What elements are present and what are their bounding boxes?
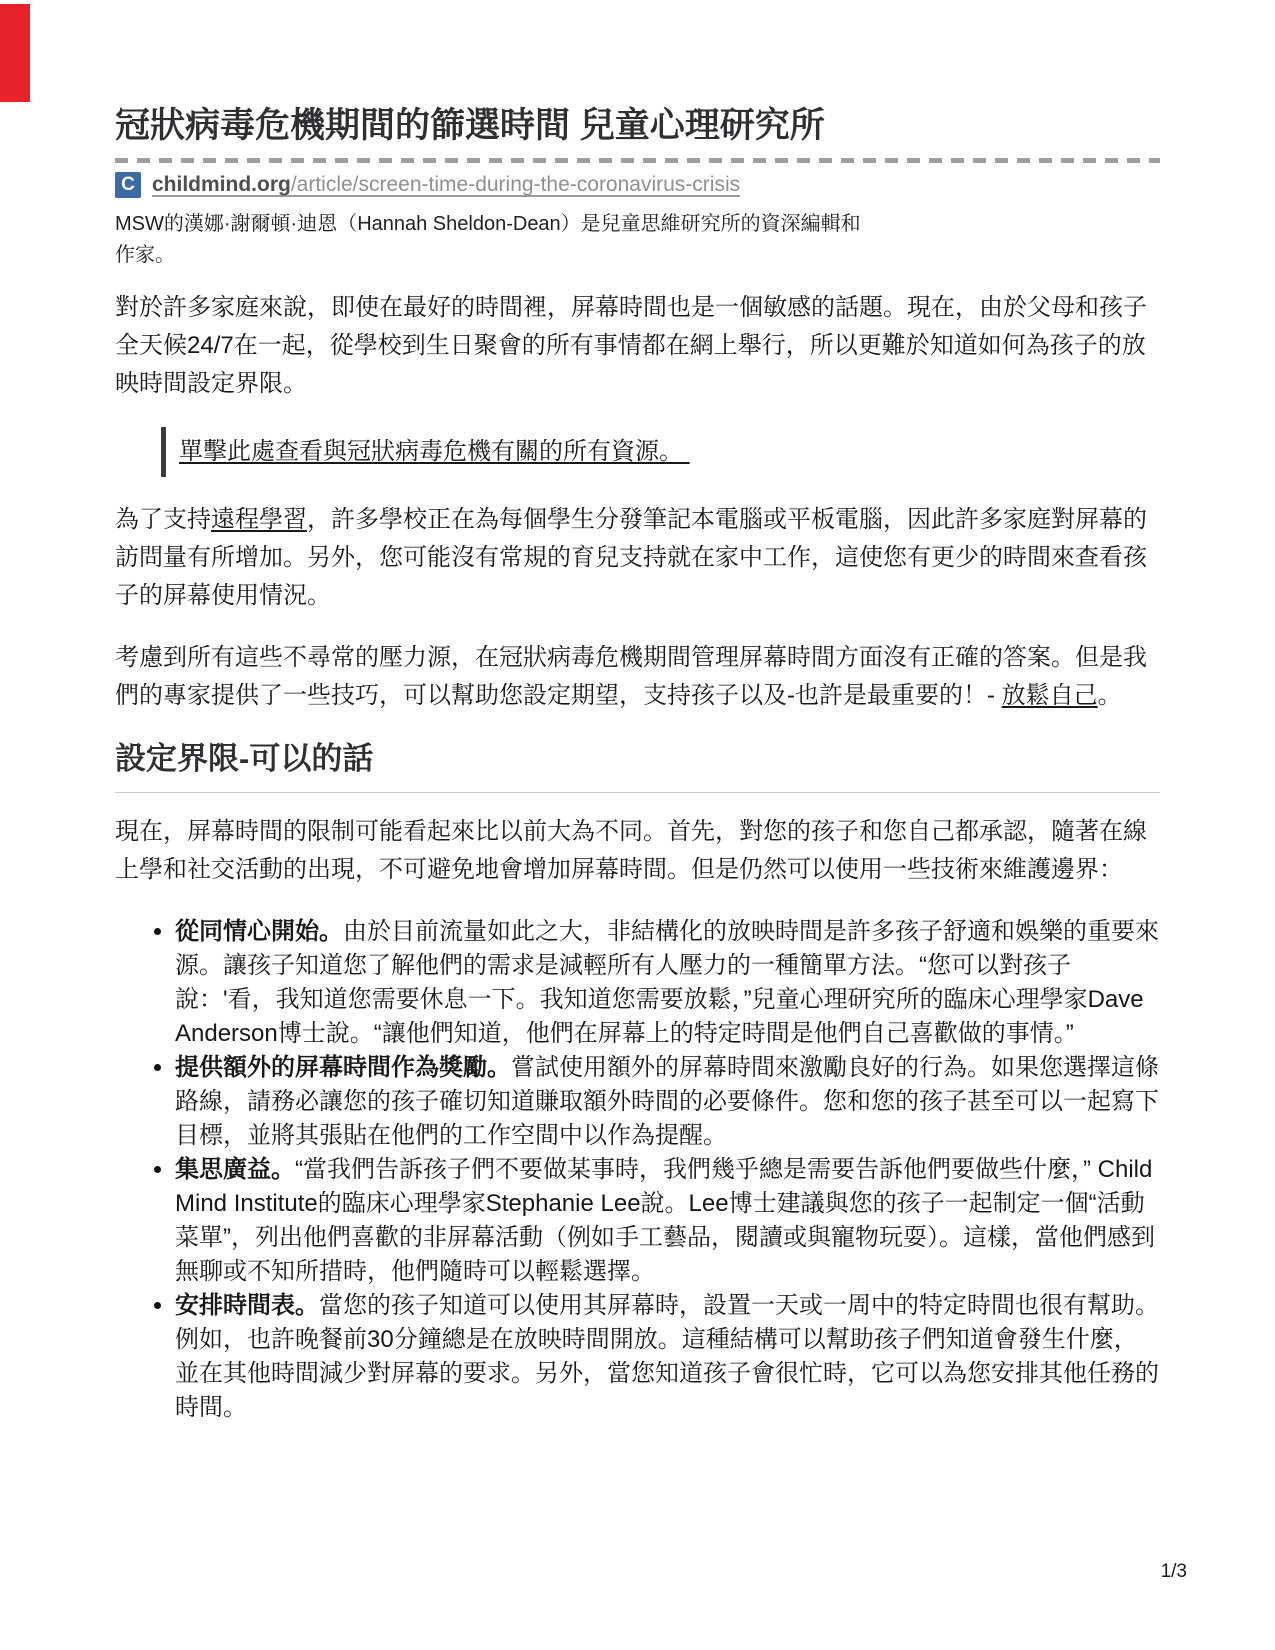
section-paragraph: 現在，屏幕時間的限制可能看起來比以前大為不同。首先，對您的孩子和您自己都承認，隨… xyxy=(115,813,1160,889)
paragraph-text: 。 xyxy=(1098,682,1122,709)
page-number: 1/3 xyxy=(1161,1561,1187,1583)
page-title: 冠狀病毒危機期間的篩選時間 兒童心理研究所 xyxy=(115,104,1160,148)
source-url-path: /article/screen-time-during-the-coronavi… xyxy=(291,173,740,196)
intro-paragraph-1: 對於許多家庭來說，即使在最好的時間裡，屏幕時間也是一個敏感的話題。現在，由於父母… xyxy=(115,289,1160,403)
intro-paragraph-2: 為了支持遠程學習，許多學校正在為每個學生分發筆記本電腦或平板電腦，因此許多家庭對… xyxy=(115,501,1160,615)
resources-blockquote: 單擊此處查看與冠狀病毒危機有關的所有資源。 xyxy=(161,427,1160,477)
tip-item-lead: 集思廣益。 xyxy=(175,1156,295,1183)
tip-item-lead: 安排時間表。 xyxy=(175,1292,319,1319)
remote-learning-link[interactable]: 遠程學習 xyxy=(211,506,307,533)
tip-item: 集思廣益。“當我們告訴孩子們不要做某事時，我們幾乎總是需要告訴他們要做些什麼，”… xyxy=(175,1153,1160,1289)
tip-item: 從同情心開始。由於目前流量如此之大，非結構化的放映時間是許多孩子舒適和娛樂的重要… xyxy=(175,915,1160,1051)
intro-paragraph-3: 考慮到所有這些不尋常的壓力源，在冠狀病毒危機期間管理屏幕時間方面沒有正確的答案。… xyxy=(115,639,1160,715)
tip-item: 提供額外的屏幕時間作為獎勵。嘗試使用額外的屏幕時間來激勵良好的行為。如果您選擇這… xyxy=(175,1051,1160,1153)
cut-yourself-slack-link[interactable]: 放鬆自己 xyxy=(1002,682,1098,709)
source-url-link[interactable]: childmind.org/article/screen-time-during… xyxy=(152,173,740,197)
tip-item: 安排時間表。當您的孩子知道可以使用其屏幕時，設置一天或一周中的特定時間也很有幫助… xyxy=(175,1289,1160,1425)
tip-item-text: “當我們告訴孩子們不要做某事時，我們幾乎總是需要告訴他們要做些什麼，” Chil… xyxy=(175,1156,1155,1285)
tip-item-lead: 從同情心開始。 xyxy=(175,918,343,945)
red-corner-ribbon xyxy=(0,4,30,102)
site-favicon-icon: C xyxy=(115,172,141,198)
tip-item-text: 當您的孩子知道可以使用其屏幕時，設置一天或一周中的特定時間也很有幫助。例如，也許… xyxy=(175,1292,1159,1421)
source-url-domain: childmind.org xyxy=(152,173,291,196)
dashed-divider xyxy=(115,158,1160,163)
resources-link[interactable]: 單擊此處查看與冠狀病毒危機有關的所有資源。 xyxy=(179,438,690,465)
tips-list: 從同情心開始。由於目前流量如此之大，非結構化的放映時間是許多孩子舒適和娛樂的重要… xyxy=(115,915,1160,1425)
paragraph-text: 考慮到所有這些不尋常的壓力源，在冠狀病毒危機期間管理屏幕時間方面沒有正確的答案。… xyxy=(115,644,1147,709)
tip-item-lead: 提供額外的屏幕時間作為獎勵。 xyxy=(175,1054,511,1081)
article-page: 冠狀病毒危機期間的篩選時間 兒童心理研究所 C childmind.org/ar… xyxy=(0,0,1275,1425)
author-byline: MSW的漢娜·謝爾頓·迪恩（Hannah Sheldon-Dean）是兒童思維研… xyxy=(115,209,880,271)
source-row: C childmind.org/article/screen-time-duri… xyxy=(115,171,1160,199)
paragraph-text: 為了支持 xyxy=(115,506,211,533)
section-heading: 設定界限-可以的話 xyxy=(115,739,1160,793)
